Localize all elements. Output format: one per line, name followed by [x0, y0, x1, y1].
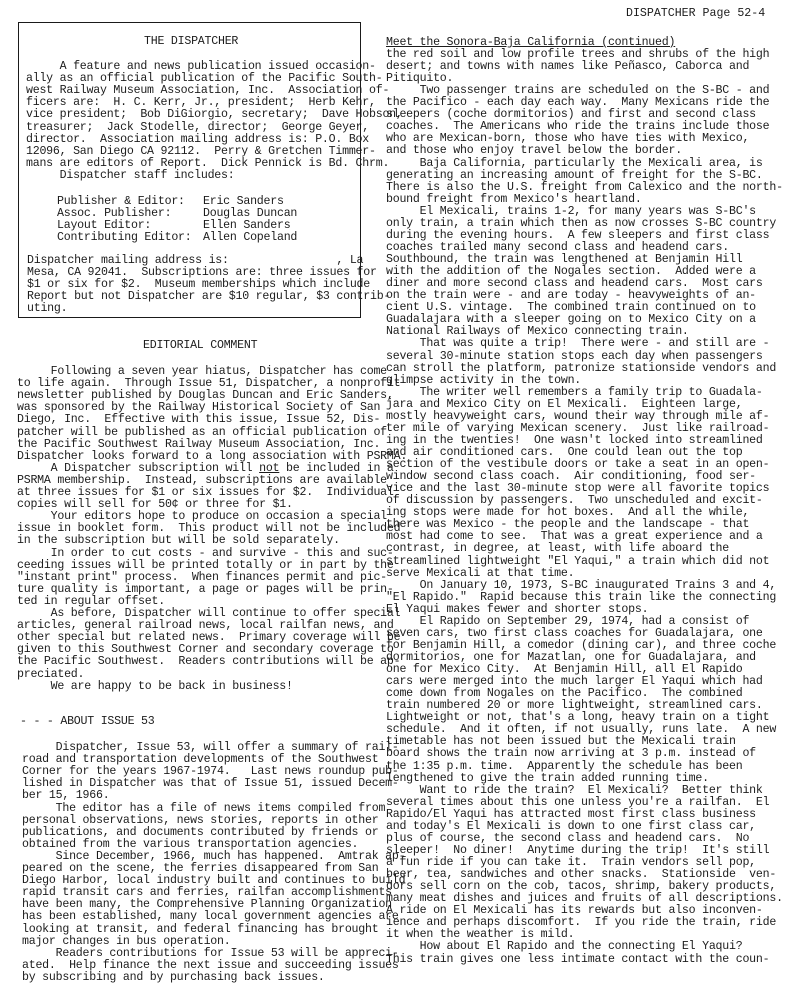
- about-issue-line: obtained from the various transportation…: [22, 839, 358, 851]
- editorial-line: patcher will be published as an official…: [17, 427, 387, 439]
- article-line: "El Rapido." Rapid because this train li…: [386, 592, 776, 604]
- page-header: DISPATCHER Page 52-4: [626, 8, 765, 20]
- editorial-title: EDITORIAL COMMENT: [143, 340, 257, 352]
- article-line: How about El Rapido and the connecting E…: [386, 941, 742, 953]
- about-issue-line: by subscribing and by purchasing back is…: [22, 972, 325, 984]
- editorial-line: Diego, Inc. Effective with this issue, I…: [17, 414, 380, 426]
- article-line: This train gives one less intimate conta…: [386, 954, 769, 966]
- article-line: mostly heavyweight cars, wound their way…: [386, 411, 769, 423]
- article-line: El Yaqui makes fewer and shorter stops.: [386, 604, 648, 616]
- masthead-line: mans are editors of Report. Dick Pennick…: [26, 158, 389, 170]
- article-line: The writer well remembers a family trip …: [386, 387, 763, 399]
- mailing-line: uting.: [27, 303, 67, 315]
- about-issue-title: - - - ABOUT ISSUE 53: [20, 716, 155, 728]
- article-line: and those who enjoy travel below the bor…: [386, 145, 682, 157]
- article-line: There is also the U.S. freight from Cale…: [386, 182, 783, 194]
- staff-role: Contributing Editor:: [57, 232, 192, 244]
- about-issue-line: major changes in bus operation.: [22, 936, 231, 948]
- about-issue-line: publications, and documents contributed …: [22, 827, 378, 839]
- about-issue-line: The editor has a file of news items comp…: [22, 803, 385, 815]
- article-line: Want to ride the train? El Mexicali? Bet…: [386, 785, 763, 797]
- editorial-line: preciated.: [17, 669, 84, 681]
- editorial-line: "instant print" process. When finances p…: [17, 572, 387, 584]
- article-line: several 30-minute station stops each day…: [386, 351, 763, 363]
- about-issue-line: looking at transit, and federal financin…: [22, 924, 378, 936]
- article-line: several times about this one unless you'…: [386, 797, 769, 809]
- article-line: glimpse activity in the town.: [386, 375, 581, 387]
- editorial-line: In order to cut costs - and survive - th…: [17, 548, 394, 560]
- editorial-line: the Pacific Southwest Railway Museum Ass…: [17, 439, 380, 451]
- article-line: streamlined lightweight "El Yaqui," a tr…: [386, 556, 769, 568]
- editorial-line: Dispatcher looks forward to a long assoc…: [17, 451, 407, 463]
- masthead-line: 12096, San Diego CA 92112. Perry & Gretc…: [26, 146, 376, 158]
- masthead-line: Dispatcher staff includes:: [26, 170, 235, 182]
- article-line: generating an increasing amount of freig…: [386, 170, 763, 182]
- article-line: El Rapido on September 29, 1974, had a c…: [386, 616, 749, 628]
- article-line: Rapido/El Yaqui has attracted most first…: [386, 809, 756, 821]
- mailing-line: Report but not Dispatcher are $10 regula…: [27, 291, 390, 303]
- editorial-line: A Dispatcher subscription will not be in…: [17, 463, 394, 475]
- staff-name: Allen Copeland: [203, 232, 297, 244]
- article-line: contrast, in degree, at least, with life…: [386, 543, 729, 555]
- article-line: On January 10, 1973, S-BC inaugurated Tr…: [386, 580, 776, 592]
- article-line: board shows the train now arriving at 3 …: [386, 748, 756, 760]
- about-issue-line: ated. Help finance the next issue and su…: [22, 960, 399, 972]
- masthead-line: vice president; Bob DiGiorgio, secretary…: [26, 109, 403, 121]
- about-issue-line: Readers contributions for Issue 53 will …: [22, 948, 399, 960]
- editorial-line: We are happy to be back in business!: [17, 681, 293, 693]
- editorial-line: ture quality is important, a page or pag…: [17, 584, 394, 596]
- masthead-title: THE DISPATCHER: [144, 36, 238, 48]
- article-line: the 1:35 p.m. time. Apparently the sched…: [386, 761, 742, 773]
- article-line: can stroll the platform, patronize stati…: [386, 363, 776, 375]
- about-issue-line: ber 15, 1966.: [22, 790, 109, 802]
- article-line: lengthened to give the train added runni…: [386, 773, 709, 785]
- article-line: jara and Mexico City on El Mexicali. Eig…: [386, 399, 742, 411]
- masthead-line: director. Association mailing address is…: [26, 134, 369, 146]
- editorial-line: the Pacific Southwest. Readers contribut…: [17, 656, 400, 668]
- article-line: That was quite a trip! There were - and …: [386, 338, 769, 350]
- about-issue-line: personal observations, news stories, rep…: [22, 815, 378, 827]
- article-line: El Mexicali, trains 1-2, for many years …: [386, 206, 756, 218]
- newsletter-page: DISPATCHER Page 52-4 THE DISPATCHER A fe…: [0, 0, 790, 1000]
- article-line: bound freight from Mexico's heartland.: [386, 194, 642, 206]
- masthead-line: treasurer; Jack Stodelle, director; Geor…: [26, 122, 369, 134]
- about-issue-line: has been established, many local governm…: [22, 911, 399, 923]
- editorial-line: in the subscription but will be sold sep…: [17, 535, 340, 547]
- article-line: Baja California, particularly the Mexica…: [386, 158, 763, 170]
- article-line: serve Mexicali at that time.: [386, 568, 574, 580]
- editorial-line: ceeding issues will be printed totally o…: [17, 560, 394, 572]
